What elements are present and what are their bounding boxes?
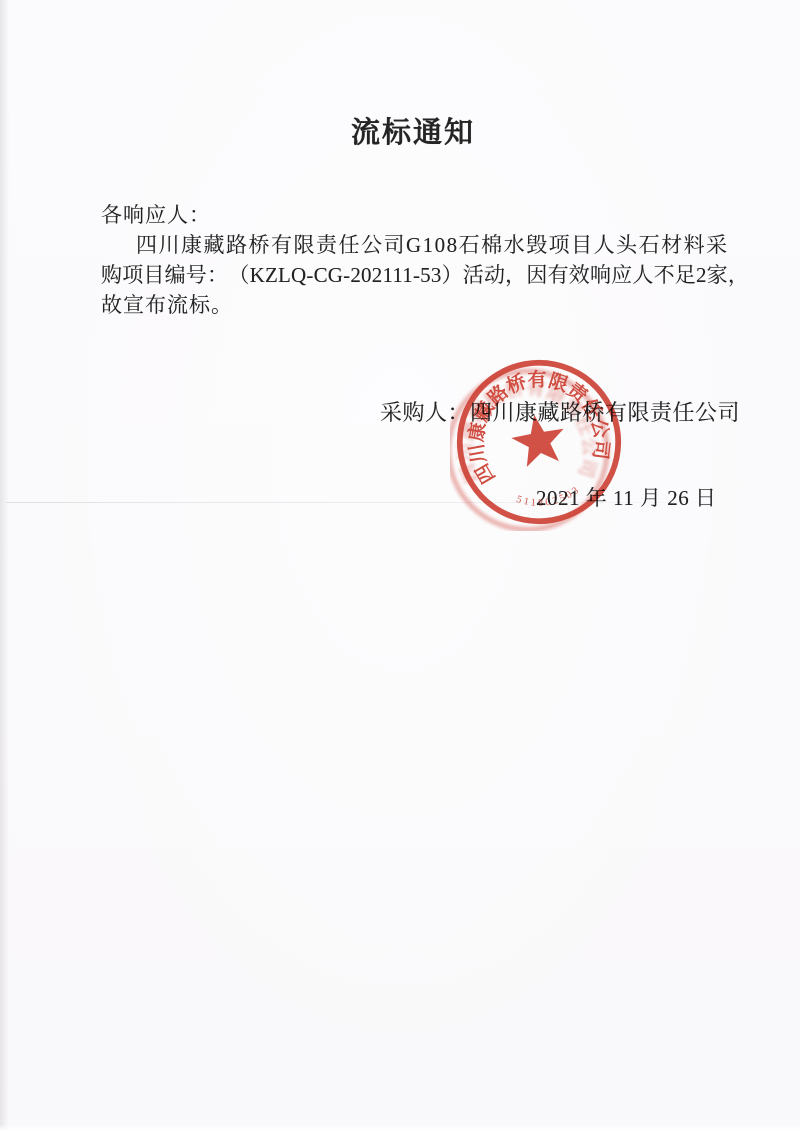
body-line: 购项目编号： （KZLQ-CG-202111-53）活动，因有效响应人不足2家， [101, 259, 749, 289]
body-line: 四川康藏路桥有限责任公司G108石棉水毁项目人头石材料采 [136, 229, 729, 259]
company-seal-stamp-icon: 四川康藏路桥有限责任公司 四川康藏路桥有限责任公司 511802503 [450, 353, 628, 531]
page-bottom-edge [0, 1124, 800, 1131]
seal-star-icon [508, 410, 569, 468]
salutation-line: 各响应人： [101, 199, 211, 229]
scanned-page-sheet [0, 0, 800, 1131]
svg-text:511802503: 511802503 [513, 483, 584, 514]
document-title: 流标通知 [13, 110, 800, 151]
page-left-edge-shadow [0, 0, 10, 1131]
body-line: 故宣布流标。 [101, 289, 233, 319]
seal-registration-code-text: 511802503 [513, 483, 584, 514]
